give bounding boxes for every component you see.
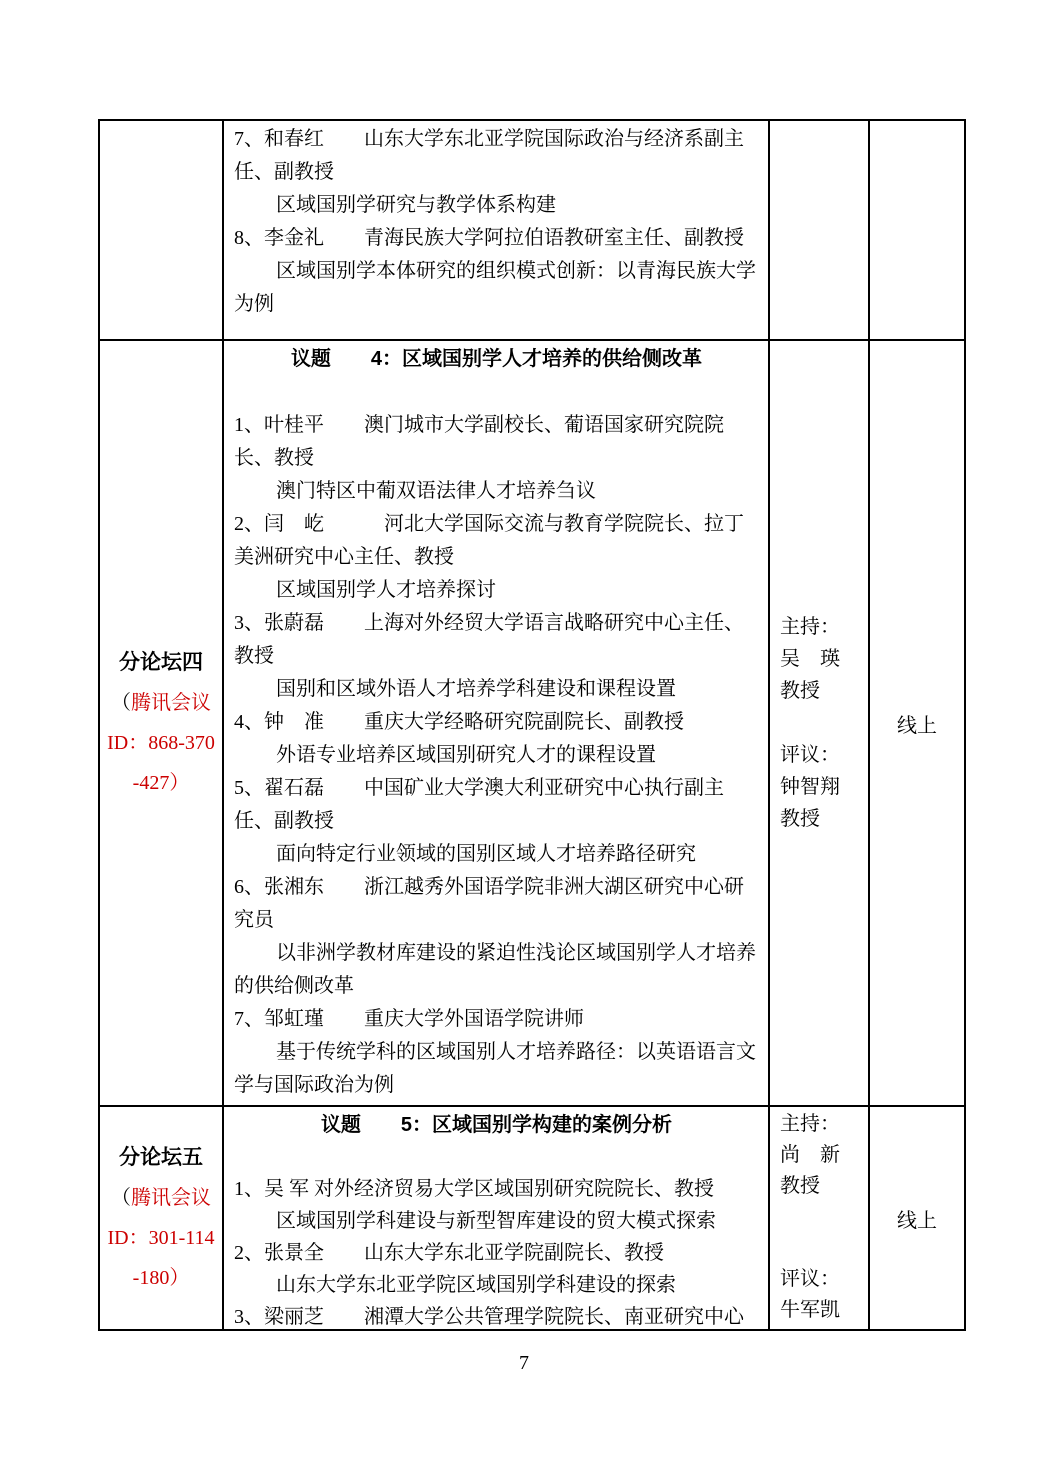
forum-cell-forum4: 分论坛四 （腾讯会议 ID：868-370-427） xyxy=(100,341,224,1107)
program-paragraph: 议题 4：区域国别学人才培养的供给侧改革 xyxy=(234,343,759,376)
host-line: 牛军凯 xyxy=(780,1295,864,1326)
meeting-paren: （ xyxy=(111,1187,131,1209)
topic-cell-forum4: 议题 4：区域国别学人才培养的供给侧改革 1、叶桂平 澳门城市大学副校长、葡语国… xyxy=(224,341,770,1107)
program-paragraph: 区域国别学人才培养探讨 xyxy=(234,574,759,607)
program-paragraph: 4、钟 准 重庆大学经略研究院副院长、副教授 xyxy=(234,706,759,739)
host-line: 教授 xyxy=(780,1171,864,1202)
program-paragraph: 区域国别学本体研究的组织模式创新：以青海民族大学为例 xyxy=(234,255,759,321)
mode-cell-forum4: 线上 xyxy=(870,341,964,1107)
program-paragraph: 澳门特区中葡双语法律人才培养刍议 xyxy=(234,475,759,508)
host-cell-forum4: 主持：吴 瑛教授 评议：钟智翔教授 xyxy=(770,341,870,1107)
program-paragraph: 区域国别学科建设与新型智库建设的贸大模式探索 xyxy=(234,1205,759,1237)
host-line xyxy=(780,707,864,739)
host-line: 教授 xyxy=(780,803,864,835)
page-number: 7 xyxy=(0,1352,1048,1375)
program-paragraph: 区域国别学研究与教学体系构建 xyxy=(234,189,759,222)
program-paragraph: 山东大学东北亚学院区域国别学科建设的探索 xyxy=(234,1269,759,1301)
program-paragraph: 外语专业培养区域国别研究人才的课程设置 xyxy=(234,739,759,772)
conference-program-table: 7、和春红 山东大学东北亚学院国际政治与经济系副主任、副教授区域国别学研究与教学… xyxy=(98,119,966,1331)
forum4-title: 分论坛四 xyxy=(119,643,203,683)
program-paragraph: 1、吴 军 对外经济贸易大学区域国别研究院院长、教授 xyxy=(234,1173,759,1205)
host-line xyxy=(780,1233,864,1264)
program-paragraph: 3、梁丽芝 湘潭大学公共管理学院院长、南亚研究中心 xyxy=(234,1301,759,1329)
forum4-meeting-id: （腾讯会议 ID：868-370-427） xyxy=(106,683,216,803)
forum-cell-empty xyxy=(100,121,224,341)
host-line: 主持： xyxy=(780,1109,864,1140)
program-paragraph xyxy=(234,376,759,409)
program-paragraph: 7、邹虹瑾 重庆大学外国语学院讲师 xyxy=(234,1003,759,1036)
program-paragraph: 以非洲学教材库建设的紧迫性浅论区域国别学人才培养的供给侧改革 xyxy=(234,937,759,1003)
host-line: 评议： xyxy=(780,739,864,771)
program-paragraph: 7、和春红 山东大学东北亚学院国际政治与经济系副主任、副教授 xyxy=(234,123,759,189)
program-paragraph: 2、闫 屹 河北大学国际交流与教育学院院长、拉丁美洲研究中心主任、教授 xyxy=(234,508,759,574)
host-line: 教授 xyxy=(780,675,864,707)
topic-cell-forum3-continued: 7、和春红 山东大学东北亚学院国际政治与经济系副主任、副教授区域国别学研究与教学… xyxy=(224,121,770,341)
program-paragraph: 5、翟石磊 中国矿业大学澳大利亚研究中心执行副主任、副教授 xyxy=(234,772,759,838)
program-paragraph: 2、张景全 山东大学东北亚学院副院长、教授 xyxy=(234,1237,759,1269)
host-line: 主持： xyxy=(780,611,864,643)
program-paragraph: 1、叶桂平 澳门城市大学副校长、葡语国家研究院院长、教授 xyxy=(234,409,759,475)
mode-cell-forum5: 线上 xyxy=(870,1107,964,1329)
program-paragraph: 国别和区域外语人才培养学科建设和课程设置 xyxy=(234,673,759,706)
host-line: 钟智翔 xyxy=(780,771,864,803)
program-paragraph: 议题 5：区域国别学构建的案例分析 xyxy=(234,1109,759,1141)
host-cell-forum5: 主持：尚 新教授 评议：牛军凯 xyxy=(770,1107,870,1329)
host-line: 吴 瑛 xyxy=(780,643,864,675)
forum5-title: 分论坛五 xyxy=(119,1138,203,1178)
program-paragraph: 6、张湘东 浙江越秀外国语学院非洲大湖区研究中心研究员 xyxy=(234,871,759,937)
page: { "document": { "page_number": "7" }, "c… xyxy=(0,0,1048,1472)
host-cell-empty xyxy=(770,121,870,341)
program-paragraph: 基于传统学科的区域国别人才培养路径：以英语语言文学与国际政治为例 xyxy=(234,1036,759,1102)
host-line: 尚 新 xyxy=(780,1140,864,1171)
program-paragraph: 3、张蔚磊 上海对外经贸大学语言战略研究中心主任、教授 xyxy=(234,607,759,673)
program-paragraph: 面向特定行业领域的国别区域人才培养路径研究 xyxy=(234,838,759,871)
program-paragraph: 8、李金礼 青海民族大学阿拉伯语教研室主任、副教授 xyxy=(234,222,759,255)
program-paragraph xyxy=(234,1141,759,1173)
topic-cell-forum5: 议题 5：区域国别学构建的案例分析 1、吴 军 对外经济贸易大学区域国别研究院院… xyxy=(224,1107,770,1329)
meeting-paren: （ xyxy=(111,692,131,714)
mode-cell-empty xyxy=(870,121,964,341)
host-line xyxy=(780,1202,864,1233)
forum-cell-forum5: 分论坛五 （腾讯会议 ID：301-114-180） xyxy=(100,1107,224,1329)
forum5-meeting-id: （腾讯会议 ID：301-114-180） xyxy=(106,1178,216,1298)
host-line: 评议： xyxy=(780,1264,864,1295)
